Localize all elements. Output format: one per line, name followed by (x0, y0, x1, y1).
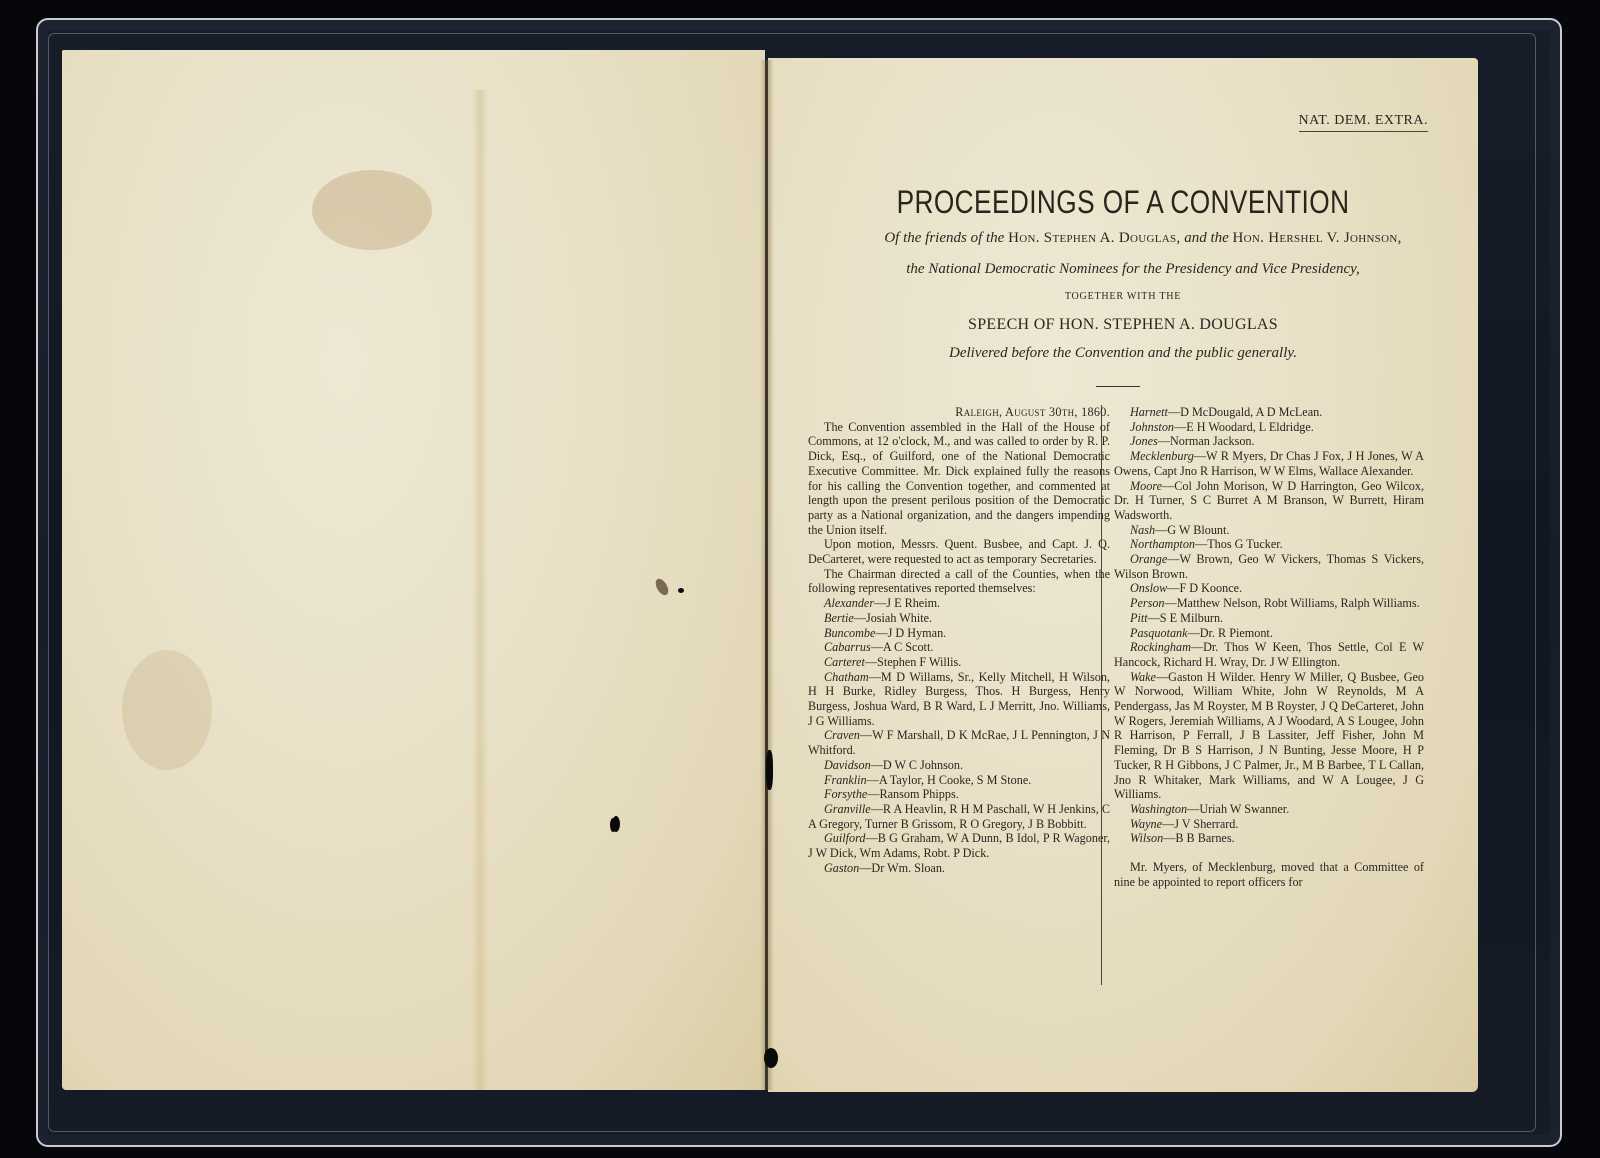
county-entry: Rockingham—Dr. Thos W Keen, Thos Settle,… (1114, 640, 1424, 669)
county-entry: Onslow—F D Koonce. (1114, 581, 1424, 596)
county-name: Granville (824, 802, 871, 816)
dateline-text: Raleigh, August 30th, 1860. (955, 405, 1110, 419)
spacer (1114, 846, 1424, 860)
em-dash: — (860, 728, 872, 742)
county-name: Bertie (824, 611, 854, 625)
em-dash: — (869, 670, 881, 684)
county-entry: Wake—Gaston H Wilder. Henry W Miller, Q … (1114, 670, 1424, 802)
county-entry: Person—Matthew Nelson, Robt Williams, Ra… (1114, 596, 1424, 611)
county-name: Pitt (1130, 611, 1148, 625)
county-name: Rockingham (1130, 640, 1191, 654)
em-dash: — (871, 640, 883, 654)
county-entry: Franklin—A Taylor, H Cooke, S M Stone. (808, 773, 1110, 788)
county-entry: Jones—Norman Jackson. (1114, 434, 1424, 449)
subtitle-line-4: SPEECH OF HON. STEPHEN A. DOUGLAS (768, 316, 1478, 334)
em-dash: — (874, 596, 886, 610)
county-entry: Cabarrus—A C Scott. (808, 640, 1110, 655)
county-entry: Davidson—D W C Johnson. (808, 758, 1110, 773)
county-name: Buncombe (824, 626, 875, 640)
page-gutter (760, 60, 774, 1090)
county-name: Chatham (824, 670, 869, 684)
em-dash: — (1187, 802, 1199, 816)
em-dash: — (1174, 420, 1186, 434)
delegate-names: J D Hyman. (888, 626, 947, 640)
delegate-names: G W Blount. (1167, 523, 1229, 537)
gutter-tear (764, 1048, 778, 1068)
em-dash: — (1158, 434, 1170, 448)
delegate-names: B B Barnes. (1175, 831, 1234, 845)
title-rule (1096, 386, 1140, 387)
county-entry: Carteret—Stephen F Willis. (808, 655, 1110, 670)
county-entry: Northampton—Thos G Tucker. (1114, 537, 1424, 552)
stain (122, 650, 212, 770)
em-dash: — (867, 773, 879, 787)
em-dash: — (1195, 537, 1207, 551)
delegate-names: Matthew Nelson, Robt Williams, Ralph Wil… (1177, 596, 1420, 610)
county-entry: Orange—W Brown, Geo W Vickers, Thomas S … (1114, 552, 1424, 581)
county-entry: Nash—G W Blount. (1114, 523, 1424, 538)
delegate-names: Stephen F Willis. (877, 655, 961, 669)
county-list-right: Harnett—D McDougald, A D McLean.Johnston… (1114, 405, 1424, 846)
delegate-names: Norman Jackson. (1170, 434, 1255, 448)
county-entry: Craven—W F Marshall, D K McRae, J L Penn… (808, 728, 1110, 757)
delegate-names: A C Scott. (883, 640, 933, 654)
county-entry: Harnett—D McDougald, A D McLean. (1114, 405, 1424, 420)
em-dash: — (854, 611, 866, 625)
subtitle-italic-b: and the (1184, 230, 1229, 246)
em-dash: — (1167, 581, 1179, 595)
subtitle-name-johnson: Hon. Hershel V. Johnson, (1233, 230, 1402, 246)
closing-paragraph: Mr. Myers, of Mecklenburg, moved that a … (1114, 860, 1424, 889)
em-dash: — (1188, 626, 1200, 640)
delegate-names: A Taylor, H Cooke, S M Stone. (879, 773, 1031, 787)
county-entry: Pitt—S E Milburn. (1114, 611, 1424, 626)
delegate-names: F D Koonce. (1179, 581, 1242, 595)
em-dash: — (1155, 523, 1167, 537)
right-column: Harnett—D McDougald, A D McLean.Johnston… (1110, 405, 1424, 890)
delegate-names: S E Milburn. (1160, 611, 1223, 625)
gutter-tear (766, 750, 773, 790)
right-page: NAT. DEM. EXTRA. PROCEEDINGS OF A CONVEN… (768, 58, 1478, 1092)
delegate-names: J E Rheim. (886, 596, 940, 610)
delegate-names: J V Sherrard. (1174, 817, 1238, 831)
county-name: Guilford (824, 831, 866, 845)
subtitle-name-douglas: Hon. Stephen A. Douglas, (1008, 230, 1180, 246)
county-entry: Granville—R A Heavlin, R H M Paschall, W… (808, 802, 1110, 831)
subtitle-line-1: Of the friends of the Hon. Stephen A. Do… (808, 230, 1478, 247)
delegate-names: Uriah W Swanner. (1199, 802, 1289, 816)
em-dash: — (1165, 596, 1177, 610)
em-dash: — (1162, 479, 1174, 493)
county-list-left: Alexander—J E Rheim.Bertie—Josiah White.… (808, 596, 1110, 875)
county-name: Alexander (824, 596, 874, 610)
county-name: Person (1130, 596, 1165, 610)
county-entry: Pasquotank—Dr. R Piemont. (1114, 626, 1424, 641)
county-name: Cabarrus (824, 640, 871, 654)
em-dash: — (1167, 552, 1179, 566)
county-name: Onslow (1130, 581, 1167, 595)
em-dash: — (1168, 405, 1180, 419)
fold-crease (472, 90, 488, 1090)
delegate-names: Gaston H Wilder. Henry W Miller, Q Busbe… (1114, 670, 1424, 802)
delegate-names: Josiah White. (866, 611, 932, 625)
stain (312, 170, 432, 250)
county-name: Carteret (824, 655, 865, 669)
county-name: Davidson (824, 758, 871, 772)
em-dash: — (1191, 640, 1203, 654)
county-name: Northampton (1130, 537, 1195, 551)
county-entry: Moore—Col John Morison, W D Harrington, … (1114, 479, 1424, 523)
running-head: NAT. DEM. EXTRA. (1299, 113, 1428, 132)
county-entry: Wayne—J V Sherrard. (1114, 817, 1424, 832)
county-entry: Gaston—Dr Wm. Sloan. (808, 861, 1110, 876)
county-name: Jones (1130, 434, 1158, 448)
county-entry: Wilson—B B Barnes. (1114, 831, 1424, 846)
delegate-names: D McDougald, A D McLean. (1180, 405, 1322, 419)
county-entry: Forsythe—Ransom Phipps. (808, 787, 1110, 802)
em-dash: — (866, 831, 878, 845)
paragraph: The Chairman directed a call of the Coun… (808, 567, 1110, 596)
em-dash: — (1162, 817, 1174, 831)
county-name: Wayne (1130, 817, 1162, 831)
county-entry: Washington—Uriah W Swanner. (1114, 802, 1424, 817)
em-dash: — (875, 626, 887, 640)
county-entry: Guilford—B G Graham, W A Dunn, B Idol, P… (808, 831, 1110, 860)
county-name: Mecklenburg (1130, 449, 1194, 463)
left-page (62, 50, 765, 1090)
county-name: Johnston (1130, 420, 1174, 434)
subtitle-line-5: Delivered before the Convention and the … (768, 345, 1478, 362)
subtitle-line-3: TOGETHER WITH THE (768, 291, 1478, 302)
wormhole (678, 588, 684, 593)
county-entry: Mecklenburg—W R Myers, Dr Chas J Fox, J … (1114, 449, 1424, 478)
county-name: Orange (1130, 552, 1167, 566)
county-name: Wilson (1130, 831, 1163, 845)
em-dash: — (871, 758, 883, 772)
em-dash: — (1148, 611, 1160, 625)
delegate-names: E H Woodard, L Eldridge. (1186, 420, 1314, 434)
delegate-names: Dr. R Piemont. (1200, 626, 1273, 640)
delegate-names: Thos G Tucker. (1207, 537, 1283, 551)
em-dash: — (1156, 670, 1168, 684)
dateline: Raleigh, August 30th, 1860. (808, 405, 1110, 420)
county-name: Franklin (824, 773, 867, 787)
county-name: Nash (1130, 523, 1155, 537)
county-name: Gaston (824, 861, 859, 875)
county-entry: Johnston—E H Woodard, L Eldridge. (1114, 420, 1424, 435)
em-dash: — (1163, 831, 1175, 845)
wormhole (653, 577, 671, 598)
document-title: PROCEEDINGS OF A CONVENTION (832, 184, 1414, 221)
delegate-names: D W C Johnson. (883, 758, 963, 772)
county-name: Craven (824, 728, 860, 742)
county-name: Wake (1130, 670, 1156, 684)
county-name: Moore (1130, 479, 1162, 493)
left-column: Raleigh, August 30th, 1860. The Conventi… (808, 405, 1110, 876)
county-entry: Chatham—M D Willams, Sr., Kelly Mitchell… (808, 670, 1110, 729)
county-entry: Alexander—J E Rheim. (808, 596, 1110, 611)
wormhole (612, 816, 620, 832)
em-dash: — (859, 861, 871, 875)
em-dash: — (871, 802, 883, 816)
em-dash: — (867, 787, 879, 801)
em-dash: — (865, 655, 877, 669)
em-dash: — (1194, 449, 1206, 463)
county-entry: Bertie—Josiah White. (808, 611, 1110, 626)
delegate-names: Ransom Phipps. (880, 787, 959, 801)
paragraph: Upon motion, Messrs. Quent. Busbee, and … (808, 537, 1110, 566)
subtitle-italic-a: Of the friends of the (884, 230, 1004, 246)
delegate-names: Dr Wm. Sloan. (871, 861, 945, 875)
county-name: Harnett (1130, 405, 1168, 419)
county-name: Forsythe (824, 787, 867, 801)
county-entry: Buncombe—J D Hyman. (808, 626, 1110, 641)
subtitle-line-2: the National Democratic Nominees for the… (788, 261, 1478, 278)
county-name: Washington (1130, 802, 1187, 816)
county-name: Pasquotank (1130, 626, 1188, 640)
paragraph: The Convention assembled in the Hall of … (808, 420, 1110, 538)
